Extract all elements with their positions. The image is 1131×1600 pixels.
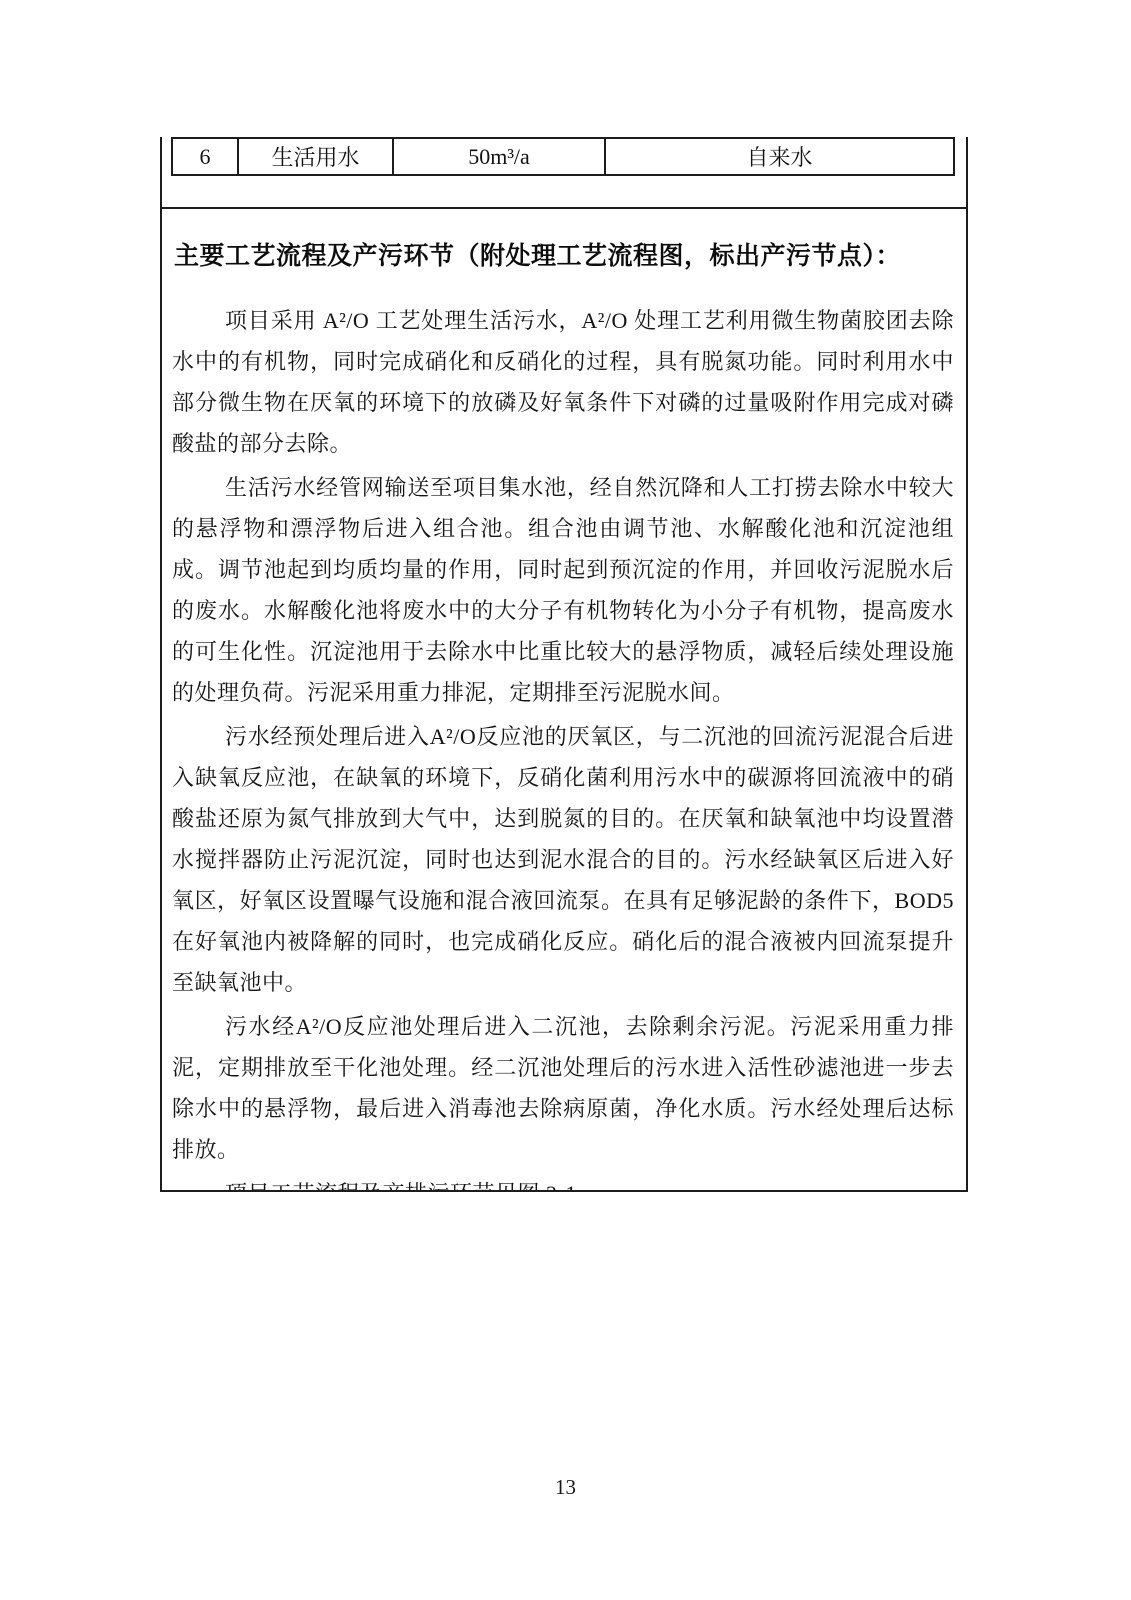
- paragraph-figure-reference: 项目工艺流程及产排污环节见图 2-1。: [172, 1173, 954, 1192]
- paragraph-secondary-settling: 污水经A²/O反应池处理后进入二沉池，去除剩余污泥。污泥采用重力排泥，定期排放至…: [172, 1006, 954, 1170]
- row-index-cell: 6: [172, 138, 238, 175]
- paragraph-a2o-reaction: 污水经预处理后进入A²/O反应池的厌氧区，与二沉池的回流污泥混合后进入缺氧反应池…: [172, 716, 954, 1003]
- water-supply-table: 6 生活用水 50m³/a 自来水: [171, 137, 955, 176]
- section-heading: 主要工艺流程及产污环节（附处理工艺流程图，标出产污节点）：: [174, 239, 954, 273]
- document-page: 6 生活用水 50m³/a 自来水 主要工艺流程及产污环节（附处理工艺流程图，标…: [0, 0, 1131, 1600]
- water-supply-table-section: 6 生活用水 50m³/a 自来水: [160, 137, 968, 207]
- table-row: 6 生活用水 50m³/a 自来水: [172, 138, 954, 175]
- water-type-cell: 生活用水: [238, 138, 393, 175]
- page-number: 13: [0, 1475, 1131, 1500]
- paragraph-pretreatment: 生活污水经管网输送至项目集水池，经自然沉降和人工打捞去除水中较大的悬浮物和漂浮物…: [172, 467, 954, 713]
- process-flow-section: 主要工艺流程及产污环节（附处理工艺流程图，标出产污节点）： 项目采用 A²/O …: [160, 207, 968, 1192]
- water-source-cell: 自来水: [605, 138, 954, 175]
- water-quantity-cell: 50m³/a: [393, 138, 605, 175]
- report-table-frame: 6 生活用水 50m³/a 自来水 主要工艺流程及产污环节（附处理工艺流程图，标…: [160, 137, 968, 1192]
- paragraph-process-overview: 项目采用 A²/O 工艺处理生活污水，A²/O 处理工艺利用微生物菌胶团去除水中…: [172, 300, 954, 464]
